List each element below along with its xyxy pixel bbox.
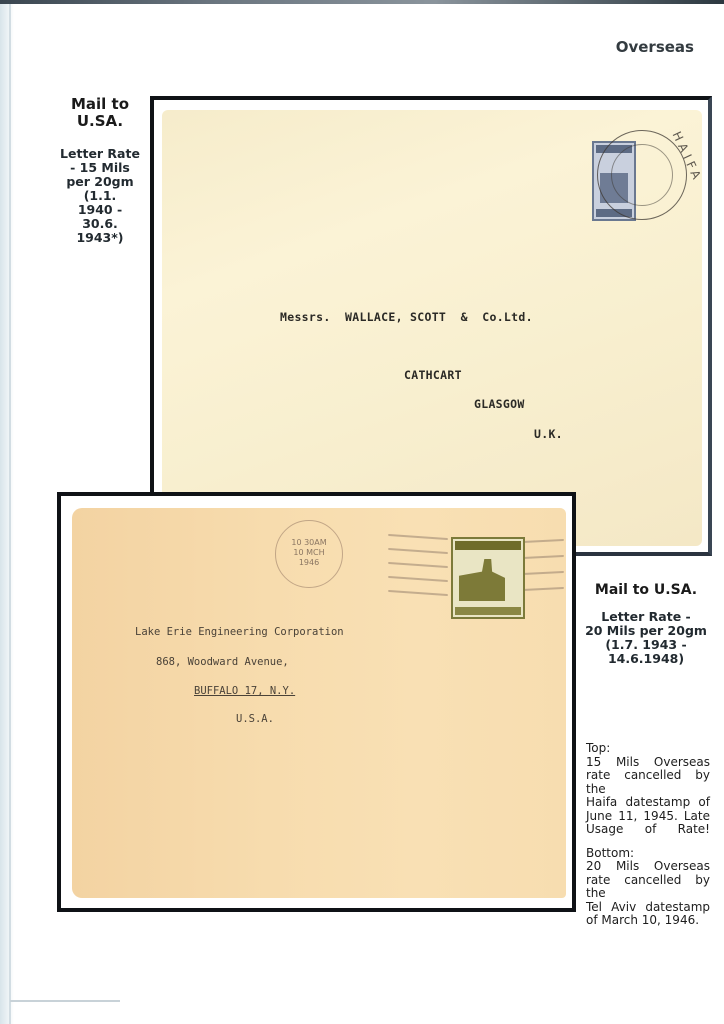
caption-title: Mail to U.SA. (584, 582, 708, 598)
stamp-footer-band (455, 607, 521, 615)
notes-top: Top: 15 Mils Overseas rate cancelled by … (586, 742, 710, 837)
address-line: CATHCART (404, 368, 462, 382)
address-line: U.S.A. (236, 713, 274, 725)
notes-bottom: Bottom: 20 Mils Overseas rate cancelled … (586, 847, 710, 928)
stamp-vignette-citadel (459, 559, 505, 601)
stamp-header-band (455, 541, 521, 550)
bottom-cover-caption: Mail to U.SA. Letter Rate - 20 Mils per … (584, 582, 708, 666)
address-line: GLASGOW (474, 397, 525, 411)
address-line: BUFFALO 17, N.Y. (194, 685, 295, 697)
page-section-title: Overseas (616, 38, 694, 56)
scan-edge-top (0, 0, 724, 4)
address-line: U.K. (534, 427, 563, 441)
postmark-date: 10 30AM 10 MCH 1946 (287, 538, 331, 568)
address-line: Messrs. WALLACE, SCOTT & Co.Ltd. (280, 310, 533, 324)
caption-rate: Letter Rate - 20 Mils per 20gm (1.7. 194… (584, 610, 708, 666)
caption-rate: Letter Rate - 15 Mils per 20gm (1.1. 194… (52, 147, 148, 245)
address-line: Lake Erie Engineering Corporation (135, 626, 344, 638)
description-notes: Top: 15 Mils Overseas rate cancelled by … (586, 742, 710, 938)
page-bottom-rule (10, 1000, 120, 1002)
address-line: 868, Woodward Avenue, (156, 656, 289, 668)
stamp-20-mils (451, 537, 525, 619)
top-cover-caption: Mail to U.SA. Letter Rate - 15 Mils per … (52, 96, 148, 245)
haifa-postmark-inner (611, 144, 673, 206)
caption-title: Mail to U.SA. (52, 96, 148, 130)
scan-edge-left (0, 4, 14, 1024)
page-margin-rule (9, 4, 11, 1024)
